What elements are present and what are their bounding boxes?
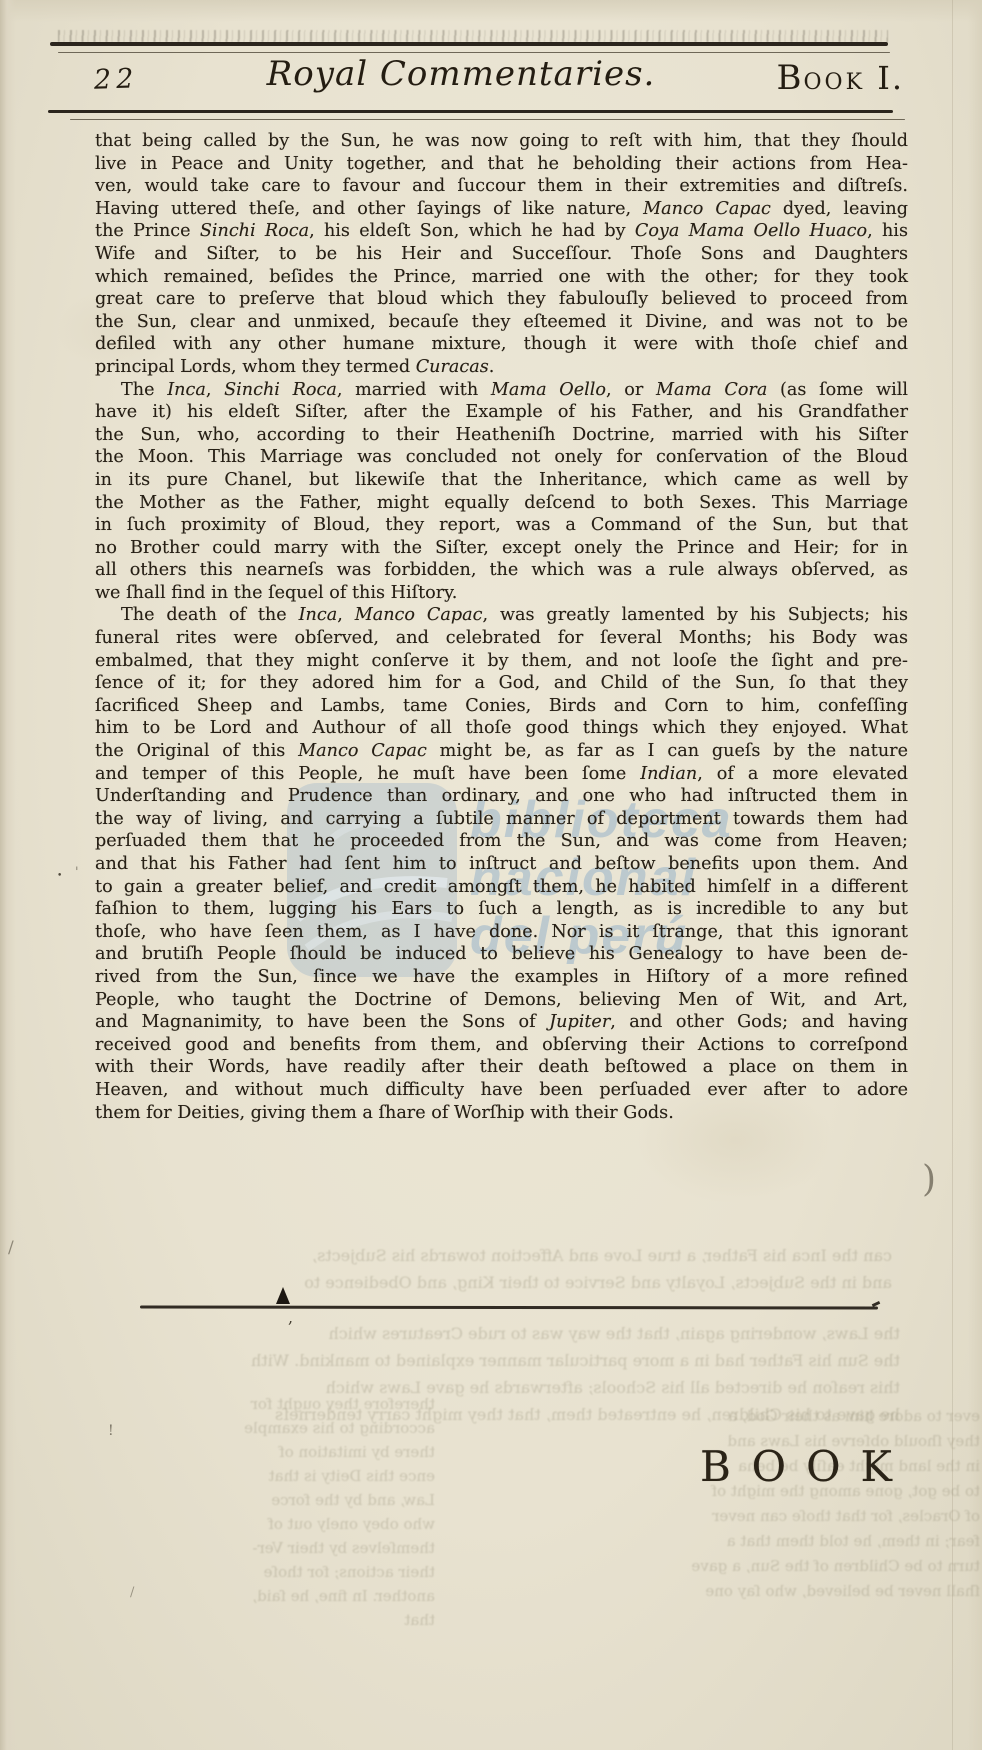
- ghost-text-line: turn to be Children of the Sun, a gave: [556, 1554, 980, 1579]
- ghost-text-line: therefore they ought for: [135, 1392, 435, 1416]
- ink-speck: ': [75, 866, 79, 879]
- body-line: and Magnanimity, to have been the Sons o…: [95, 1011, 908, 1034]
- ghost-text-line: themſelves by their Ver-: [135, 1536, 435, 1560]
- italic-text: Manco Capac: [355, 605, 483, 625]
- text: , of a more elevated: [697, 764, 908, 784]
- text: all others this nearneſs was forbidden, …: [95, 560, 908, 580]
- body-line: that being called by the Sun, he was now…: [95, 130, 908, 153]
- body-line: to gain a greater belief, and credit amo…: [95, 876, 908, 899]
- text: ,: [337, 605, 355, 625]
- body-line: and temper of this People, he muſt have …: [95, 763, 908, 786]
- ghost-text-line: another. In fine, he ſaid,: [135, 1584, 435, 1608]
- book-label-initial: B: [777, 58, 804, 98]
- body-line: The Inca, Sinchi Roca, married with Mama…: [95, 379, 908, 402]
- catchword: BOOK: [700, 1442, 912, 1491]
- text: , his: [867, 221, 908, 241]
- text: rived from the Sun, ſince we have the ex…: [95, 967, 908, 987]
- page-crease: [952, 0, 953, 1750]
- top-rule-thick: [50, 42, 888, 46]
- ink-speck: ): [922, 1162, 936, 1198]
- text: , was greatly lamented by his Subjects; …: [482, 605, 908, 625]
- top-rule-thin: [58, 52, 890, 53]
- text: ven, would take care to favour and ſucco…: [95, 176, 908, 196]
- text: the way of living, and carrying a ſubtil…: [95, 809, 908, 829]
- text: the Prince: [95, 221, 200, 241]
- text: The death of the: [121, 605, 299, 625]
- body-line: Having uttered theſe, and other ſayings …: [95, 198, 908, 221]
- text: perſuaded them that he proceeded from th…: [95, 831, 908, 851]
- text: the Mother as the Father, might equally …: [95, 493, 908, 513]
- text: live in Peace and Unity together, and th…: [95, 154, 908, 174]
- text: the Sun, who, according to their Heathen…: [95, 425, 908, 445]
- text: and brutiſh People ſhould be induced to …: [95, 944, 908, 964]
- book-label-smallcaps: ook: [804, 59, 866, 97]
- body-line: live in Peace and Unity together, and th…: [95, 153, 908, 176]
- ghost-text-line: fear; in them, he told them that a: [556, 1529, 980, 1554]
- body-line: with their Words, have readily after the…: [95, 1056, 908, 1079]
- body-line: him to be Lord and Authour of all thoſe …: [95, 717, 908, 740]
- body-line: in ſuch proximity of Bloud, they report,…: [95, 514, 908, 537]
- italic-text: Jupiter: [549, 1012, 610, 1032]
- text: and temper of this People, he muſt have …: [95, 764, 640, 784]
- body-line: in its pure Chanel, but likewiſe that th…: [95, 469, 908, 492]
- ghost-text-line: of Oracles, for that thoſe can never: [556, 1504, 980, 1529]
- text: and Magnanimity, to have been the Sons o…: [95, 1012, 549, 1032]
- text: , his eldeſt Son, which he had by: [309, 221, 635, 241]
- text: People, who taught the Doctrine of Demon…: [95, 990, 908, 1010]
- ghost-text-line: that: [135, 1608, 435, 1632]
- ink-speck: •: [57, 872, 62, 881]
- text: , and other Gods; and having: [610, 1012, 908, 1032]
- italic-text: Mama Oello: [491, 380, 606, 400]
- body-line: ſacrificed Sheep and Lambs, tame Conies,…: [95, 695, 908, 718]
- text: faſhion to them, lugging his Ears to ſuc…: [95, 899, 908, 919]
- ghost-text-block: ever to adore him as their God, athey ſh…: [556, 1404, 980, 1604]
- text: the Original of this: [95, 741, 298, 761]
- book-page-scan: 22 Royal Commentaries. Book I. bibliotec…: [0, 0, 982, 1750]
- ghost-text-line: there by imitation of: [135, 1440, 435, 1464]
- body-line: ven, would take care to favour and ſucco…: [95, 175, 908, 198]
- text: we ſhall find in the ſequel of this Hiſt…: [95, 583, 457, 603]
- text: dyed, leaving: [771, 199, 908, 219]
- text: that being called by the Sun, he was now…: [95, 131, 908, 151]
- text: principal Lords, whom they termed: [95, 357, 416, 377]
- ghost-text-line: the Laws, wondering again, that the way …: [150, 1320, 900, 1347]
- body-line: embalmed, that they might conſerve it by…: [95, 650, 908, 673]
- text: him to be Lord and Authour of all thoſe …: [95, 718, 908, 738]
- body-line: great care to preſerve that bloud which …: [95, 288, 908, 311]
- ink-caret-mark: [276, 1287, 290, 1304]
- body-line: Wife and Siſter, to be his Heir and Succ…: [95, 243, 908, 266]
- ghost-text-line: can the Inca his Father, a true Love and…: [180, 1242, 892, 1269]
- body-line: funeral rites were obſerved, and celebra…: [95, 627, 908, 650]
- text: thoſe, who have ſeen them, as I have don…: [95, 922, 908, 942]
- body-line: all others this nearneſs was forbidden, …: [95, 559, 908, 582]
- italic-text: Inca: [167, 380, 206, 400]
- text: Wife and Siſter, to be his Heir and Succ…: [95, 244, 908, 264]
- text: , married with: [337, 380, 491, 400]
- text: the Moon. This Marriage was concluded no…: [95, 447, 908, 467]
- header-rule-thin: [70, 119, 905, 120]
- text: embalmed, that they might conſerve it by…: [95, 651, 908, 671]
- text: Having uttered theſe, and other ſayings …: [95, 199, 643, 219]
- text: in its pure Chanel, but likewiſe that th…: [95, 470, 908, 490]
- ghost-text-line: ence this Deity is that: [135, 1464, 435, 1488]
- italic-text: Sinchi Roca: [224, 380, 337, 400]
- italic-text: Sinchi Roca: [200, 221, 309, 241]
- body-line: no Brother could marry with the Siſter, …: [95, 537, 908, 560]
- text: received good and benefits from them, an…: [95, 1035, 908, 1055]
- text: no Brother could marry with the Siſter, …: [95, 538, 908, 558]
- italic-text: Mama Cora: [656, 380, 767, 400]
- text: The: [121, 380, 167, 400]
- body-line: received good and benefits from them, an…: [95, 1034, 908, 1057]
- text: have it) his eldeſt Siſter, after the Ex…: [95, 402, 908, 422]
- body-line: Heaven, and without much difficulty have…: [95, 1079, 908, 1102]
- body-line: them for Deities, giving them a ſhare of…: [95, 1102, 908, 1125]
- book-label: Book I.: [777, 58, 905, 98]
- ghost-text-line: Law, and by the force: [135, 1488, 435, 1512]
- text: them for Deities, giving them a ſhare of…: [95, 1103, 674, 1123]
- body-line: perſuaded them that he proceeded from th…: [95, 830, 908, 853]
- top-edge-smudge: [58, 30, 888, 42]
- italic-text: Coya Mama Oello Huaco: [635, 221, 867, 241]
- ghost-text-line: according to his example: [135, 1416, 435, 1440]
- ghost-text-line: the Sun his Father had in a more particu…: [150, 1347, 900, 1374]
- text: , or: [606, 380, 656, 400]
- section-rule: [140, 1305, 878, 1309]
- text: ſence of it; for they adored him for a G…: [95, 673, 908, 693]
- body-line: Underſtanding and Prudence than ordinary…: [95, 785, 908, 808]
- text: ſacrificed Sheep and Lambs, tame Conies,…: [95, 696, 908, 716]
- italic-text: Manco Capac: [643, 199, 771, 219]
- body-line: The death of the Inca, Manco Capac, was …: [95, 604, 908, 627]
- body-line: which remained, beſides the Prince, marr…: [95, 266, 908, 289]
- body-line: and that his Father had ſent him to inſt…: [95, 853, 908, 876]
- text: .: [489, 357, 495, 377]
- ink-speck: /: [130, 1586, 134, 1599]
- text: funeral rites were obſerved, and celebra…: [95, 628, 908, 648]
- text: to gain a greater belief, and credit amo…: [95, 877, 908, 897]
- text: and that his Father had ſent him to inſt…: [95, 854, 908, 874]
- ink-speck: !: [108, 1424, 114, 1438]
- text: with their Words, have readily after the…: [95, 1057, 908, 1077]
- body-line: the Moon. This Marriage was concluded no…: [95, 446, 908, 469]
- body-line: the Mother as the Father, might equally …: [95, 492, 908, 515]
- text: the Sun, clear and unmixed, becauſe they…: [95, 312, 908, 332]
- body-line: the Sun, who, according to their Heathen…: [95, 424, 908, 447]
- body-line: and brutiſh People ſhould be induced to …: [95, 943, 908, 966]
- ghost-text-line: ſhall never be believed, who ſay one: [556, 1579, 980, 1604]
- text: Heaven, and without much difficulty have…: [95, 1080, 908, 1100]
- body-line: faſhion to them, lugging his Ears to ſuc…: [95, 898, 908, 921]
- body-line: have it) his eldeſt Siſter, after the Ex…: [95, 401, 908, 424]
- text: great care to preſerve that bloud which …: [95, 289, 908, 309]
- header-rule-thick: [48, 110, 893, 113]
- ghost-text-line: ever to adore him as their God, a: [556, 1404, 980, 1429]
- book-label-numeral: I.: [865, 59, 904, 97]
- text: ,: [206, 380, 224, 400]
- ghost-text-block: therefore they ought foraccording to his…: [135, 1392, 435, 1632]
- italic-text: Indian: [640, 764, 697, 784]
- body-line: the Sun, clear and unmixed, becauſe they…: [95, 311, 908, 334]
- body-line: the Original of this Manco Capac might b…: [95, 740, 908, 763]
- body-line: rived from the Sun, ſince we have the ex…: [95, 966, 908, 989]
- body-line: the way of living, and carrying a ſubtil…: [95, 808, 908, 831]
- text: defiled with any other humane mixture, t…: [95, 334, 908, 354]
- body-line: defiled with any other humane mixture, t…: [95, 333, 908, 356]
- ghost-text-line: their actions; for thoſe: [135, 1560, 435, 1584]
- ink-speck: ,: [288, 1310, 293, 1326]
- italic-text: Inca: [299, 605, 338, 625]
- body-line: ſence of it; for they adored him for a G…: [95, 672, 908, 695]
- italic-text: Curacas: [416, 357, 489, 377]
- body-line: People, who taught the Doctrine of Demon…: [95, 989, 908, 1012]
- ghost-text-line: who obey onely out of: [135, 1512, 435, 1536]
- body-line: the Prince Sinchi Roca, his eldeſt Son, …: [95, 220, 908, 243]
- body-line: thoſe, who have ſeen them, as I have don…: [95, 921, 908, 944]
- text: in ſuch proximity of Bloud, they report,…: [95, 515, 908, 535]
- body-line: principal Lords, whom they termed Curaca…: [95, 356, 908, 379]
- body-line: we ſhall find in the ſequel of this Hiſt…: [95, 582, 908, 605]
- text: which remained, beſides the Prince, marr…: [95, 267, 908, 287]
- italic-text: Manco Capac: [298, 741, 427, 761]
- text: might be, as far as I can gueſs by the n…: [427, 741, 908, 761]
- text: Underſtanding and Prudence than ordinary…: [95, 786, 908, 806]
- ink-speck: /: [8, 1240, 14, 1257]
- text: (as ſome will: [767, 380, 908, 400]
- body-text: that being called by the Sun, he was now…: [95, 130, 908, 1124]
